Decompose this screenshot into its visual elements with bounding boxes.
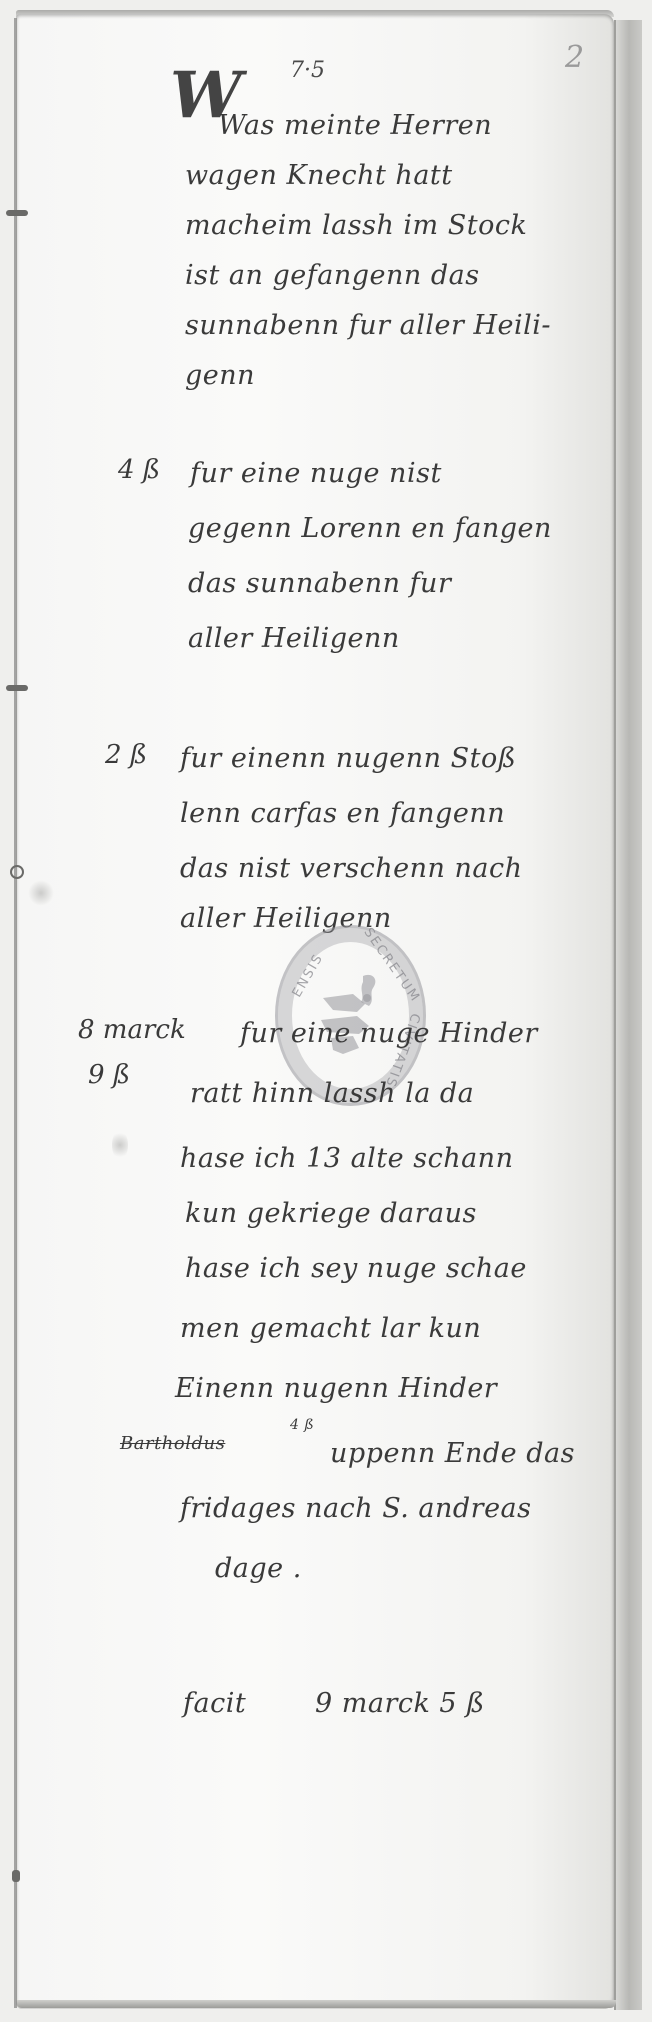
entry-line: fur einenn nugenn Stoß xyxy=(180,745,516,772)
binding-stitch xyxy=(12,1870,20,1882)
binding-stitch xyxy=(6,685,28,691)
binding-spine xyxy=(14,18,17,2008)
entry-amount: 8 marck xyxy=(78,1015,186,1045)
entry-line: lenn carfas en fangenn xyxy=(180,800,505,827)
entry-line: aller Heiligenn xyxy=(188,625,400,652)
entry-amount: 4 ß xyxy=(118,455,160,485)
total-label: facit xyxy=(183,1690,246,1717)
entry-line: ratt hinn lassh la da xyxy=(190,1080,474,1107)
entry-line: uppenn Ende das xyxy=(330,1440,575,1467)
entry-amount: 2 ß xyxy=(105,740,147,770)
entry-line: fur eine nuge Hinder xyxy=(240,1020,538,1047)
page-corner-number: 2 xyxy=(565,40,584,75)
entry-line: hase ich sey nuge schae xyxy=(185,1255,527,1282)
entry-amount-sub: 9 ß xyxy=(88,1060,130,1090)
page-bottom-edge xyxy=(16,2000,616,2008)
binding-stitch xyxy=(6,210,28,216)
entry-line: dage . xyxy=(215,1555,302,1582)
ink-smudge xyxy=(28,880,54,906)
entry-line: gegenn Lorenn en fangen xyxy=(188,515,552,542)
entry-line: genn xyxy=(185,362,255,389)
entry-line: macheim lassh im Stock xyxy=(185,212,527,239)
margin-note-struck: Bartholdus xyxy=(120,1435,225,1453)
entry-line: fur eine nuge nist xyxy=(190,460,442,487)
entry-line: hase ich 13 alte schann xyxy=(180,1145,513,1172)
page-stack-edge xyxy=(614,20,642,2010)
folio-number: 7·5 xyxy=(290,58,325,83)
entry-line: kun gekriege daraus xyxy=(185,1200,477,1227)
entry-line: Was meinte Herren xyxy=(218,112,492,139)
margin-note-superscript: 4 ß xyxy=(290,1418,314,1432)
binding-stitch xyxy=(10,865,24,879)
entry-line: das nist verschenn nach xyxy=(180,855,522,882)
entry-line: fridages nach S. andreas xyxy=(180,1495,532,1522)
entry-line: ist an gefangenn das xyxy=(185,262,480,289)
entry-line: wagen Knecht hatt xyxy=(185,162,453,189)
entry-line: sunnabenn fur aller Heili- xyxy=(185,312,551,339)
ink-smudge xyxy=(112,1130,128,1160)
total-value: 9 marck 5 ß xyxy=(315,1690,485,1717)
entry-line: men gemacht lar kun xyxy=(180,1315,481,1342)
entry-line: Einenn nugenn Hinder xyxy=(175,1375,497,1402)
entry-line: das sunnabenn fur xyxy=(188,570,451,597)
